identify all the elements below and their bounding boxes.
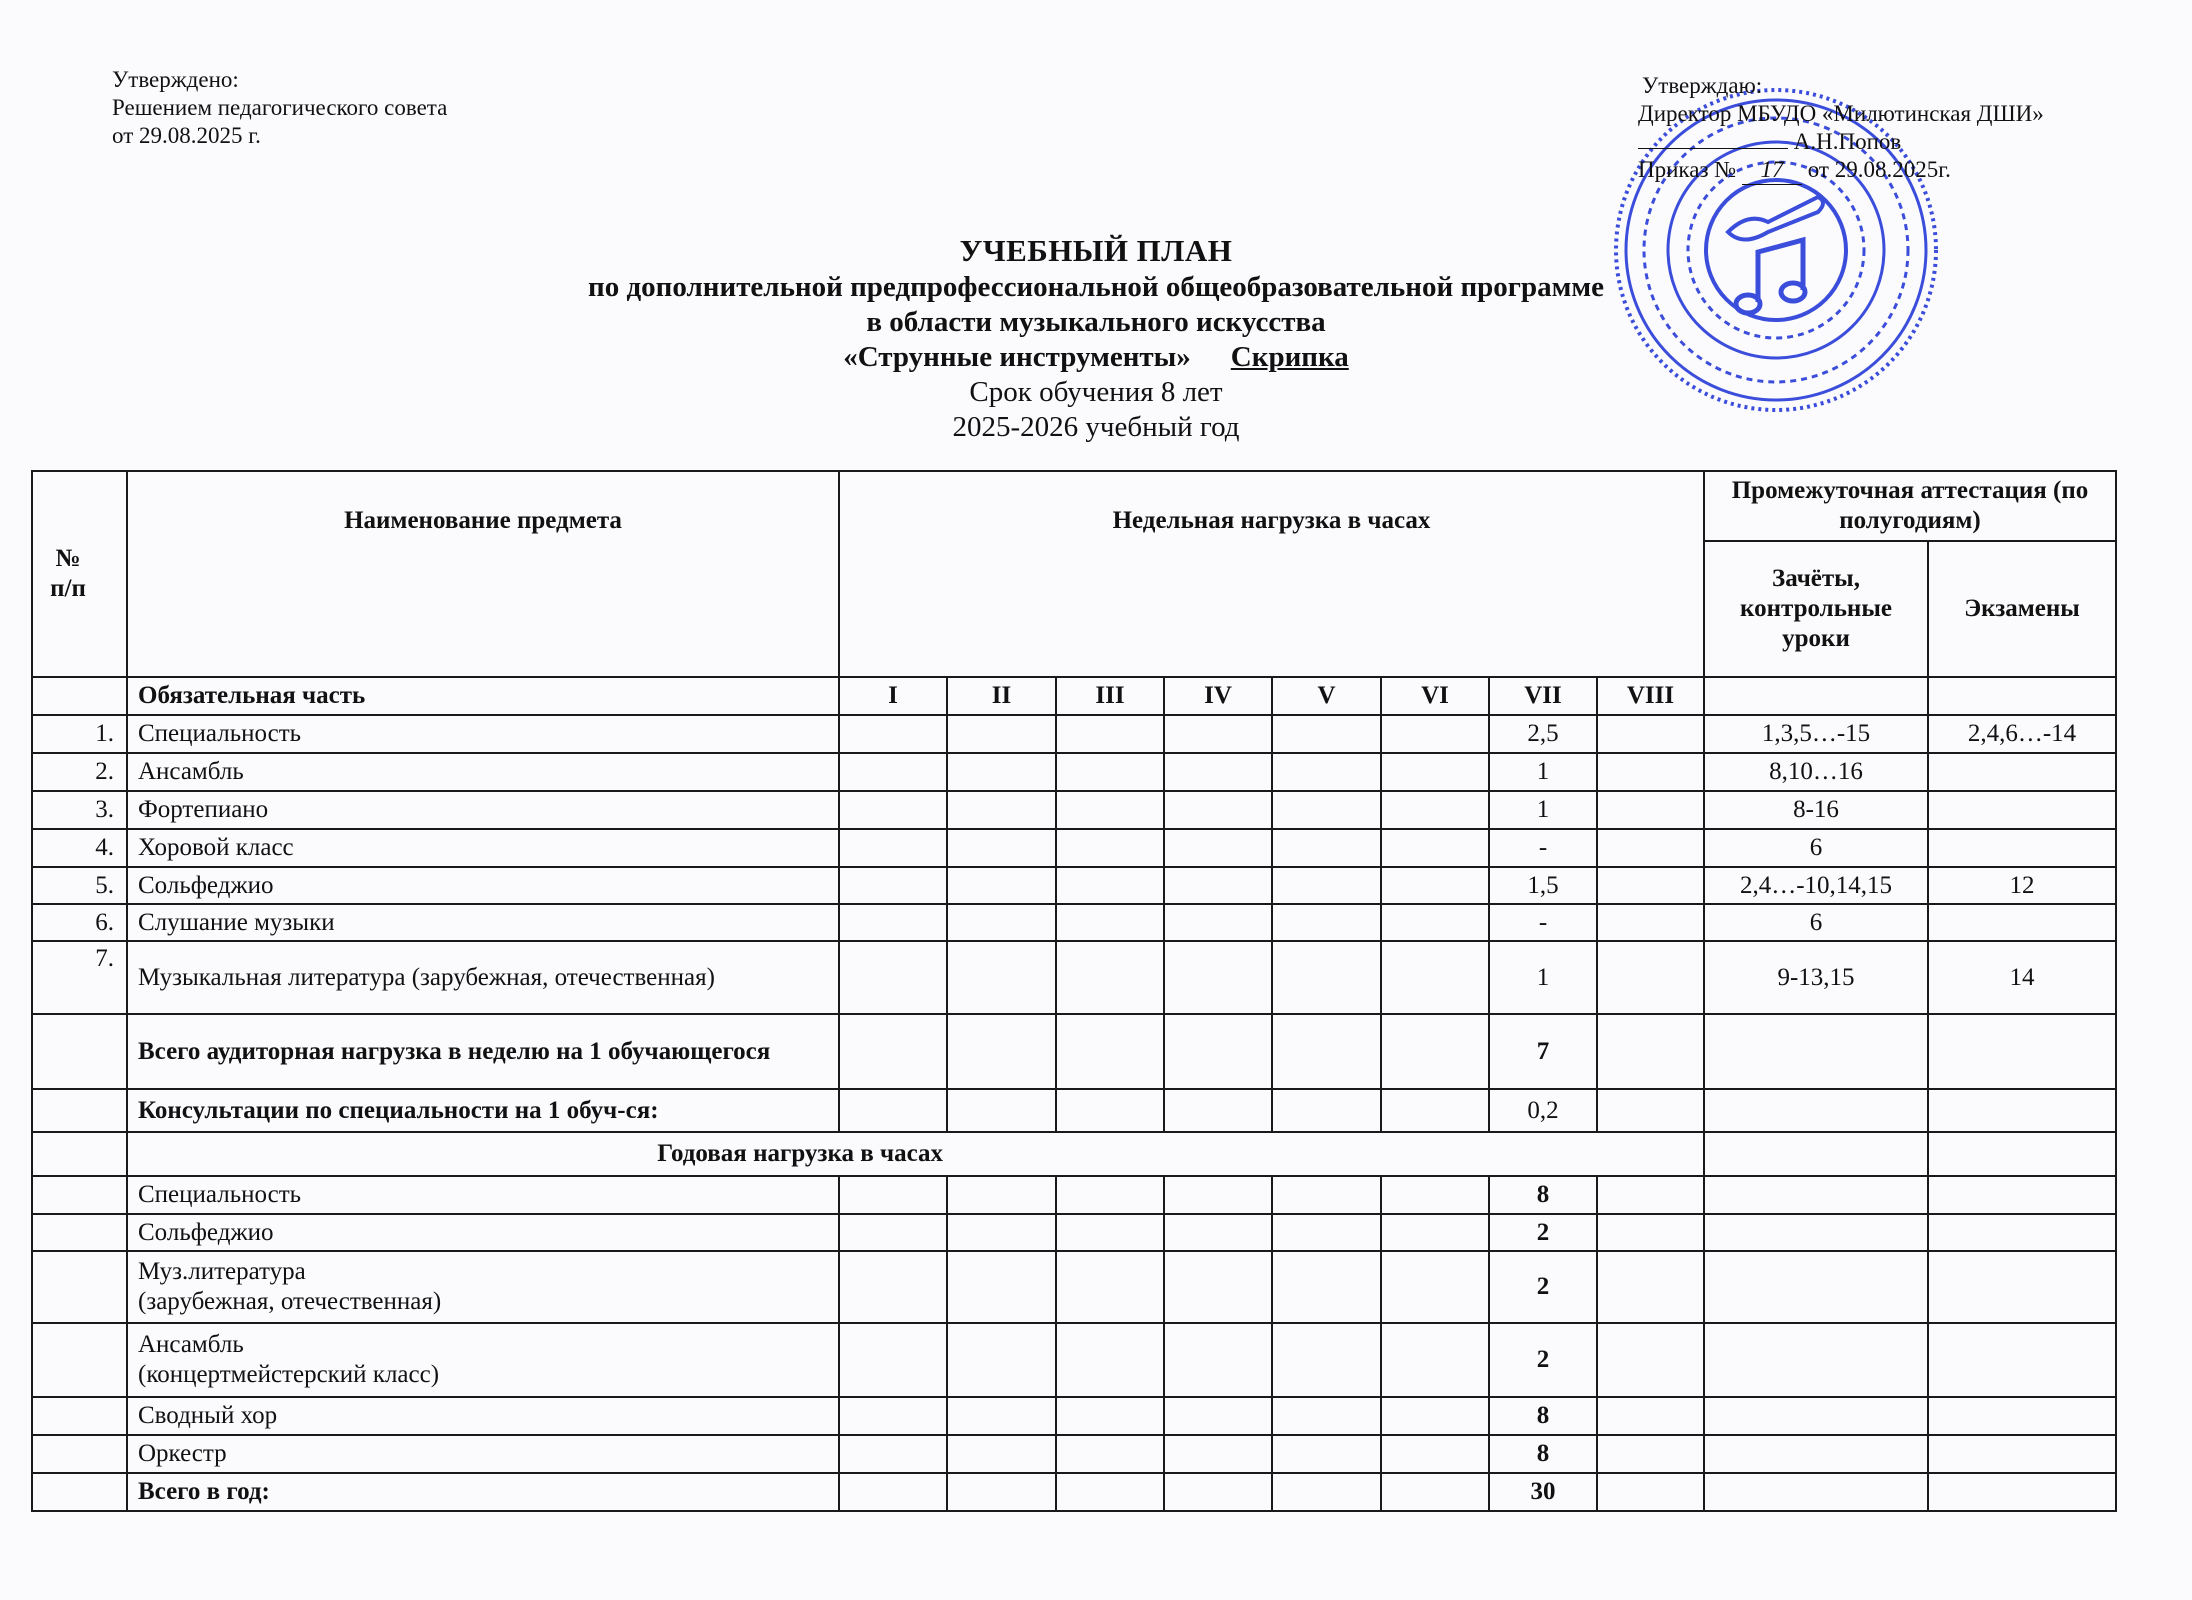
credits-cell: [1704, 1473, 1928, 1511]
weekly-grade-5: [1272, 1214, 1381, 1251]
weekly-grade-6: [1381, 1251, 1489, 1323]
weekly-grade-3: [1056, 1397, 1164, 1435]
weekly-grade-2: [947, 1214, 1056, 1251]
approval-right-order: Приказ № 17 от 29.08.2025г.: [1638, 156, 2044, 185]
weekly-grade-3: [1056, 941, 1164, 1014]
weekly-grade-8: [1597, 1323, 1704, 1397]
num-cell: [32, 1397, 127, 1435]
subject-row: 3.Фортепиано18-16: [32, 791, 2116, 829]
approval-right: Утверждаю: Директор МБУДО «Милютинская Д…: [1638, 72, 2044, 185]
weekly-grade-3: [1056, 1323, 1164, 1397]
annual-row: Специальность8: [32, 1176, 2116, 1214]
weekly-grade-6: [1381, 1214, 1489, 1251]
subject-row: 6.Слушание музыки-6: [32, 904, 2116, 941]
weekly-grade-6: [1381, 1323, 1489, 1397]
weekly-grade-7: 1: [1489, 791, 1597, 829]
annual-subject-name: Сольфеджио: [127, 1214, 839, 1251]
exams-cell: [1928, 1214, 2116, 1251]
credits-cell: [1704, 1397, 1928, 1435]
num-cell: [32, 1323, 127, 1397]
grade-header-V: V: [1272, 677, 1381, 715]
weekly-grade-7: 2,5: [1489, 715, 1597, 753]
weekly-grade-2: [947, 1014, 1056, 1089]
weekly-grade-3: [1056, 1251, 1164, 1323]
weekly-grade-6: [1381, 1176, 1489, 1214]
order-number: 17: [1742, 156, 1802, 185]
exams-cell: [1928, 677, 2116, 715]
weekly-grade-6: [1381, 1473, 1489, 1511]
header-subject-name: Наименование предмета: [127, 471, 839, 677]
credits-cell: [1704, 1014, 1928, 1089]
weekly-grade-1: [839, 1397, 947, 1435]
weekly-grade-1: [839, 753, 947, 791]
weekly-grade-3: [1056, 1089, 1164, 1132]
approval-left-council: Решением педагогического совета: [112, 94, 447, 122]
weekly-grade-5: [1272, 1397, 1381, 1435]
weekly-grade-4: [1164, 829, 1272, 867]
total-weekly-label: Всего аудиторная нагрузка в неделю на 1 …: [127, 1014, 839, 1089]
grade-header-III: III: [1056, 677, 1164, 715]
weekly-grade-5: [1272, 941, 1381, 1014]
weekly-grade-1: [839, 791, 947, 829]
grade-header-VII: VII: [1489, 677, 1597, 715]
weekly-grade-5: [1272, 1251, 1381, 1323]
weekly-grade-1: [839, 1176, 947, 1214]
weekly-grade-2: [947, 904, 1056, 941]
exams-cell: [1928, 1132, 2116, 1176]
credits-cell: [1704, 1214, 1928, 1251]
subject-name: Сольфеджио: [127, 867, 839, 904]
grade-header-VIII: VIII: [1597, 677, 1704, 715]
signer-name: А.Н.Попов: [1794, 129, 1902, 154]
header-exams: Экзамены: [1928, 541, 2116, 677]
annual-row: Сводный хор8: [32, 1397, 2116, 1435]
weekly-grade-1: [839, 1014, 947, 1089]
weekly-grade-5: [1272, 791, 1381, 829]
exams-value: 12: [1928, 867, 2116, 904]
weekly-grade-2: [947, 1435, 1056, 1473]
weekly-grade-8: [1597, 904, 1704, 941]
annual-row: Сольфеджио2: [32, 1214, 2116, 1251]
exams-cell: [1928, 1176, 2116, 1214]
weekly-grade-3: [1056, 1176, 1164, 1214]
weekly-grade-7: -: [1489, 904, 1597, 941]
annual-row: Оркестр8: [32, 1435, 2116, 1473]
credits-cell: [1704, 1132, 1928, 1176]
exams-value: [1928, 904, 2116, 941]
weekly-grade-7: 2: [1489, 1251, 1597, 1323]
annual-row: Ансамбль (концертмейстерский класс)2: [32, 1323, 2116, 1397]
num-cell: [32, 1014, 127, 1089]
subject-name: Фортепиано: [127, 791, 839, 829]
header-attestation: Промежуточная аттестация (по полугодиям): [1704, 471, 2116, 541]
grade-header-VI: VI: [1381, 677, 1489, 715]
subject-num: 3.: [32, 791, 127, 829]
num-cell: [32, 677, 127, 715]
section-row-mandatory: Обязательная частьIIIIIIIVVVIVIIVIII: [32, 677, 2116, 715]
approval-right-director: Директор МБУДО «Милютинская ДШИ»: [1638, 100, 2044, 128]
subject-num: 7.: [32, 941, 127, 1014]
weekly-grade-6: [1381, 1397, 1489, 1435]
credits-cell: [1704, 1176, 1928, 1214]
credits-value: 9-13,15: [1704, 941, 1928, 1014]
header-weekly-load: Недельная нагрузка в часах: [839, 471, 1704, 677]
credits-value: 8-16: [1704, 791, 1928, 829]
weekly-grade-2: [947, 1176, 1056, 1214]
num-cell: [32, 1132, 127, 1176]
exams-value: [1928, 753, 2116, 791]
exams-value: [1928, 829, 2116, 867]
weekly-grade-3: [1056, 1473, 1164, 1511]
exams-cell: [1928, 1473, 2116, 1511]
weekly-grade-2: [947, 1089, 1056, 1132]
weekly-grade-4: [1164, 715, 1272, 753]
weekly-grade-4: [1164, 867, 1272, 904]
title-main: УЧЕБНЫЙ ПЛАН: [0, 232, 2192, 270]
subject-row: 7.Музыкальная литература (зарубежная, от…: [32, 941, 2116, 1014]
weekly-grade-8: [1597, 1089, 1704, 1132]
grade-header-I: I: [839, 677, 947, 715]
weekly-grade-7: 1: [1489, 753, 1597, 791]
exams-cell: [1928, 1089, 2116, 1132]
weekly-grade-7: 8: [1489, 1435, 1597, 1473]
exams-value: [1928, 791, 2116, 829]
subject-row: 2.Ансамбль18,10…16: [32, 753, 2116, 791]
annual-row: Муз.литература (зарубежная, отечественна…: [32, 1251, 2116, 1323]
weekly-grade-2: [947, 829, 1056, 867]
weekly-grade-1: [839, 715, 947, 753]
weekly-grade-4: [1164, 1473, 1272, 1511]
header-num: № п/п: [32, 471, 127, 677]
weekly-grade-1: [839, 904, 947, 941]
exams-cell: [1928, 1435, 2116, 1473]
weekly-grade-4: [1164, 1176, 1272, 1214]
credits-cell: [1704, 1435, 1928, 1473]
annual-subject-name: Специальность: [127, 1176, 839, 1214]
weekly-grade-1: [839, 867, 947, 904]
weekly-grade-4: [1164, 753, 1272, 791]
weekly-grade-7: 2: [1489, 1214, 1597, 1251]
weekly-grade-8: [1597, 1473, 1704, 1511]
exams-value: 2,4,6…-14: [1928, 715, 2116, 753]
weekly-grade-2: [947, 941, 1056, 1014]
subject-num: 2.: [32, 753, 127, 791]
weekly-grade-2: [947, 753, 1056, 791]
subject-name: Специальность: [127, 715, 839, 753]
weekly-grade-5: [1272, 715, 1381, 753]
weekly-grade-7: 7: [1489, 1014, 1597, 1089]
weekly-grade-6: [1381, 715, 1489, 753]
credits-value: 2,4…-10,14,15: [1704, 867, 1928, 904]
subject-num: 4.: [32, 829, 127, 867]
exams-cell: [1928, 1397, 2116, 1435]
subject-row: 5.Сольфеджио1,52,4…-10,14,1512: [32, 867, 2116, 904]
subject-num: 1.: [32, 715, 127, 753]
weekly-grade-2: [947, 715, 1056, 753]
weekly-grade-8: [1597, 1214, 1704, 1251]
num-cell: [32, 1214, 127, 1251]
header-credits: Зачёты, контрольные уроки: [1704, 541, 1928, 677]
weekly-grade-5: [1272, 753, 1381, 791]
annual-subject-name: Сводный хор: [127, 1397, 839, 1435]
weekly-grade-3: [1056, 753, 1164, 791]
weekly-grade-8: [1597, 1397, 1704, 1435]
weekly-grade-6: [1381, 941, 1489, 1014]
annual-subject-name: Оркестр: [127, 1435, 839, 1473]
weekly-grade-6: [1381, 1014, 1489, 1089]
title-field: в области музыкального искусства: [0, 305, 2192, 340]
exams-cell: [1928, 1251, 2116, 1323]
weekly-grade-5: [1272, 904, 1381, 941]
weekly-grade-6: [1381, 829, 1489, 867]
weekly-grade-5: [1272, 1435, 1381, 1473]
credits-value: 1,3,5…-15: [1704, 715, 1928, 753]
credits-cell: [1704, 1089, 1928, 1132]
weekly-grade-3: [1056, 1435, 1164, 1473]
weekly-grade-2: [947, 1397, 1056, 1435]
weekly-grade-4: [1164, 1214, 1272, 1251]
instrument-name: Скрипка: [1231, 341, 1349, 373]
weekly-grade-1: [839, 829, 947, 867]
annual-total-label: Всего в год:: [127, 1473, 839, 1511]
weekly-grade-1: [839, 1435, 947, 1473]
approval-right-label: Утверждаю:: [1638, 72, 2044, 100]
grade-header-II: II: [947, 677, 1056, 715]
weekly-grade-6: [1381, 904, 1489, 941]
weekly-grade-3: [1056, 829, 1164, 867]
num-cell: [32, 1435, 127, 1473]
weekly-grade-7: 1,5: [1489, 867, 1597, 904]
weekly-grade-2: [947, 1251, 1056, 1323]
weekly-grade-4: [1164, 1397, 1272, 1435]
grade-header-IV: IV: [1164, 677, 1272, 715]
weekly-grade-4: [1164, 904, 1272, 941]
signature-line: [1638, 128, 1788, 149]
title-year: 2025-2026 учебный год: [0, 410, 2192, 445]
num-cell: [32, 1251, 127, 1323]
credits-cell: [1704, 1251, 1928, 1323]
weekly-grade-2: [947, 1323, 1056, 1397]
title-duration: Срок обучения 8 лет: [0, 375, 2192, 410]
weekly-grade-6: [1381, 791, 1489, 829]
exams-cell: [1928, 1323, 2116, 1397]
order-date: от 29.08.2025г.: [1808, 157, 1951, 182]
weekly-grade-1: [839, 1473, 947, 1511]
annual-subject-name: Ансамбль (концертмейстерский класс): [127, 1323, 839, 1397]
total-weekly-row: Всего аудиторная нагрузка в неделю на 1 …: [32, 1014, 2116, 1089]
weekly-grade-7: 8: [1489, 1397, 1597, 1435]
approval-left: Утверждено: Решением педагогического сов…: [112, 66, 447, 150]
weekly-grade-4: [1164, 1435, 1272, 1473]
weekly-grade-5: [1272, 1473, 1381, 1511]
consultations-row: Консультации по специальности на 1 обуч-…: [32, 1089, 2116, 1132]
weekly-grade-4: [1164, 1089, 1272, 1132]
weekly-grade-5: [1272, 1176, 1381, 1214]
weekly-grade-3: [1056, 791, 1164, 829]
annual-subject-name: Муз.литература (зарубежная, отечественна…: [127, 1251, 839, 1323]
weekly-grade-7: 30: [1489, 1473, 1597, 1511]
weekly-grade-8: [1597, 1014, 1704, 1089]
order-prefix: Приказ №: [1638, 157, 1736, 182]
weekly-grade-5: [1272, 867, 1381, 904]
consultations-label: Консультации по специальности на 1 обуч-…: [127, 1089, 839, 1132]
subject-num: 5.: [32, 867, 127, 904]
weekly-grade-4: [1164, 791, 1272, 829]
weekly-grade-7: 1: [1489, 941, 1597, 1014]
weekly-grade-6: [1381, 753, 1489, 791]
weekly-grade-8: [1597, 1251, 1704, 1323]
num-cell: [32, 1176, 127, 1214]
weekly-grade-1: [839, 1323, 947, 1397]
weekly-grade-5: [1272, 1089, 1381, 1132]
weekly-grade-1: [839, 941, 947, 1014]
weekly-grade-3: [1056, 867, 1164, 904]
exams-cell: [1928, 1014, 2116, 1089]
document-title: УЧЕБНЫЙ ПЛАН по дополнительной предпрофе…: [0, 232, 2192, 445]
weekly-grade-8: [1597, 941, 1704, 1014]
weekly-grade-5: [1272, 1323, 1381, 1397]
subject-name: Музыкальная литература (зарубежная, отеч…: [127, 941, 839, 1014]
title-program: по дополнительной предпрофессиональной о…: [0, 270, 2192, 305]
weekly-grade-7: -: [1489, 829, 1597, 867]
credits-cell: [1704, 677, 1928, 715]
credits-cell: [1704, 1323, 1928, 1397]
weekly-grade-5: [1272, 1014, 1381, 1089]
weekly-grade-1: [839, 1214, 947, 1251]
credits-value: 6: [1704, 829, 1928, 867]
subject-name: Хоровой класс: [127, 829, 839, 867]
weekly-grade-8: [1597, 791, 1704, 829]
annual-load-header: Годовая нагрузка в часах: [127, 1132, 1704, 1176]
weekly-grade-4: [1164, 941, 1272, 1014]
subject-name: Слушание музыки: [127, 904, 839, 941]
weekly-grade-1: [839, 1089, 947, 1132]
weekly-grade-7: 8: [1489, 1176, 1597, 1214]
subject-name: Ансамбль: [127, 753, 839, 791]
weekly-grade-2: [947, 791, 1056, 829]
credits-value: 8,10…16: [1704, 753, 1928, 791]
weekly-grade-3: [1056, 1014, 1164, 1089]
weekly-grade-8: [1597, 1176, 1704, 1214]
credits-value: 6: [1704, 904, 1928, 941]
annual-total-row: Всего в год:30: [32, 1473, 2116, 1511]
annual-header-row: Годовая нагрузка в часах: [32, 1132, 2116, 1176]
weekly-grade-7: 2: [1489, 1323, 1597, 1397]
exams-value: 14: [1928, 941, 2116, 1014]
program-name: «Струнные инструменты»: [843, 341, 1191, 373]
weekly-grade-6: [1381, 1089, 1489, 1132]
num-cell: [32, 1089, 127, 1132]
weekly-grade-5: [1272, 829, 1381, 867]
weekly-grade-8: [1597, 715, 1704, 753]
approval-left-date: от 29.08.2025 г.: [112, 122, 447, 150]
weekly-grade-1: [839, 1251, 947, 1323]
weekly-grade-4: [1164, 1251, 1272, 1323]
title-specialty: «Струнные инструменты»Скрипка: [0, 340, 2192, 375]
weekly-grade-8: [1597, 867, 1704, 904]
weekly-grade-6: [1381, 1435, 1489, 1473]
subject-row: 1.Специальность2,51,3,5…-152,4,6…-14: [32, 715, 2116, 753]
approval-right-signature: А.Н.Попов: [1638, 128, 2044, 156]
subject-num: 6.: [32, 904, 127, 941]
weekly-grade-8: [1597, 829, 1704, 867]
weekly-grade-7: 0,2: [1489, 1089, 1597, 1132]
weekly-grade-8: [1597, 753, 1704, 791]
weekly-grade-4: [1164, 1014, 1272, 1089]
num-cell: [32, 1473, 127, 1511]
weekly-grade-3: [1056, 1214, 1164, 1251]
weekly-grade-3: [1056, 904, 1164, 941]
approval-left-label: Утверждено:: [112, 66, 447, 94]
weekly-grade-2: [947, 1473, 1056, 1511]
curriculum-table: № п/п Наименование предмета Недельная на…: [31, 470, 2117, 1512]
subject-row: 4.Хоровой класс-6: [32, 829, 2116, 867]
weekly-grade-6: [1381, 867, 1489, 904]
weekly-grade-8: [1597, 1435, 1704, 1473]
weekly-grade-3: [1056, 715, 1164, 753]
section-mandatory: Обязательная часть: [127, 677, 839, 715]
weekly-grade-4: [1164, 1323, 1272, 1397]
weekly-grade-2: [947, 867, 1056, 904]
table-header-row: № п/п Наименование предмета Недельная на…: [32, 471, 2116, 541]
